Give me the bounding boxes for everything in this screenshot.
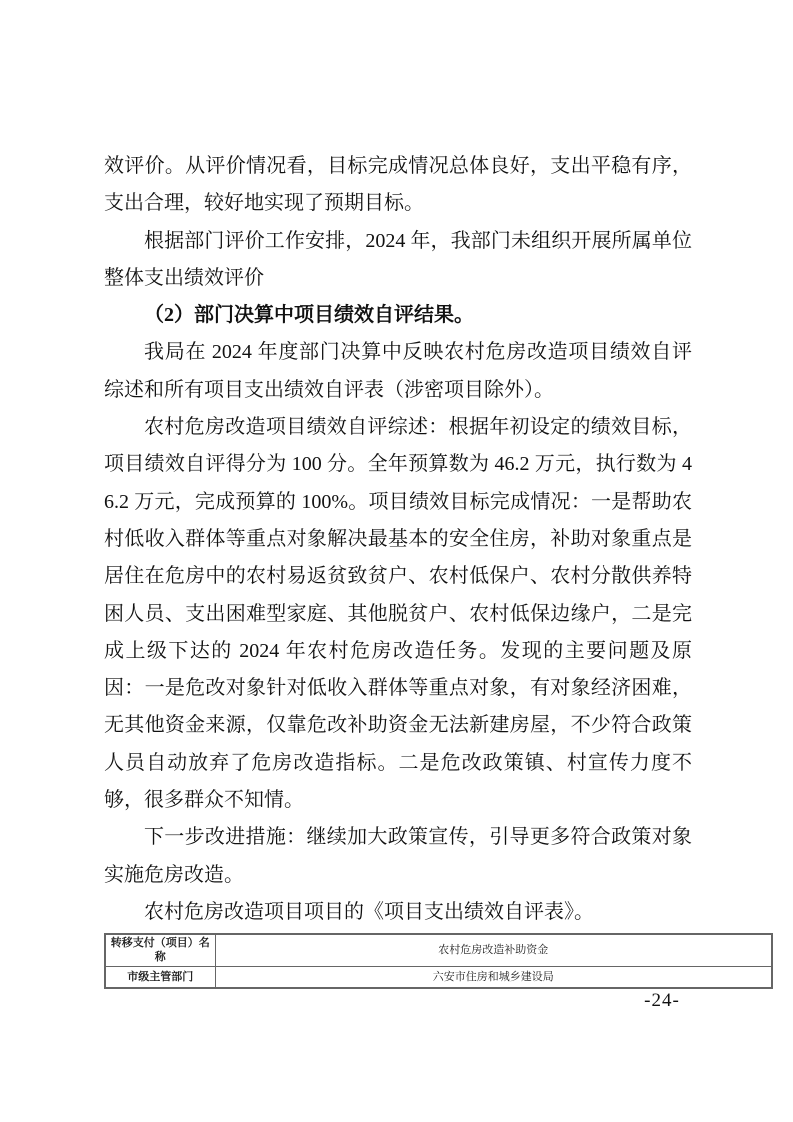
table-label-cell: 市级主管部门 bbox=[105, 966, 215, 988]
section-heading: （2）部门决算中项目绩效自评结果。 bbox=[104, 297, 692, 334]
body-paragraph: 根据部门评价工作安排，2024 年，我部门未组织开展所属单位整体支出绩效评价 bbox=[104, 223, 692, 298]
body-paragraph: 我局在 2024 年度部门决算中反映农村危房改造项目绩效自评综述和所有项目支出绩… bbox=[104, 334, 692, 409]
body-paragraph: 农村危房改造项目绩效自评综述：根据年初设定的绩效目标，项目绩效自评得分为 100… bbox=[104, 409, 692, 819]
body-paragraph: 下一步改进措施：继续加大政策宣传，引导更多符合政策对象实施危房改造。 bbox=[104, 819, 692, 894]
table-row: 市级主管部门 六安市住房和城乡建设局 bbox=[105, 966, 772, 988]
page-number: -24- bbox=[629, 990, 695, 1012]
table-row: 转移支付（项目）名称 农村危房改造补助资金 bbox=[105, 934, 772, 966]
table-value-cell: 六安市住房和城乡建设局 bbox=[215, 966, 772, 988]
document-page: 效评价。从评价情况看，目标完成情况总体良好，支出平稳有序，支出合理，较好地实现了… bbox=[0, 0, 793, 1122]
table-value-cell: 农村危房改造补助资金 bbox=[215, 934, 772, 966]
project-info-table: 转移支付（项目）名称 农村危房改造补助资金 市级主管部门 六安市住房和城乡建设局 bbox=[104, 933, 773, 989]
table-label-cell: 转移支付（项目）名称 bbox=[105, 934, 215, 966]
document-body: 效评价。从评价情况看，目标完成情况总体良好，支出平稳有序，支出合理，较好地实现了… bbox=[104, 148, 773, 989]
body-paragraph-continuation: 效评价。从评价情况看，目标完成情况总体良好，支出平稳有序，支出合理，较好地实现了… bbox=[104, 148, 692, 223]
body-paragraph: 农村危房改造项目项目的《项目支出绩效自评表》。 bbox=[104, 894, 692, 931]
